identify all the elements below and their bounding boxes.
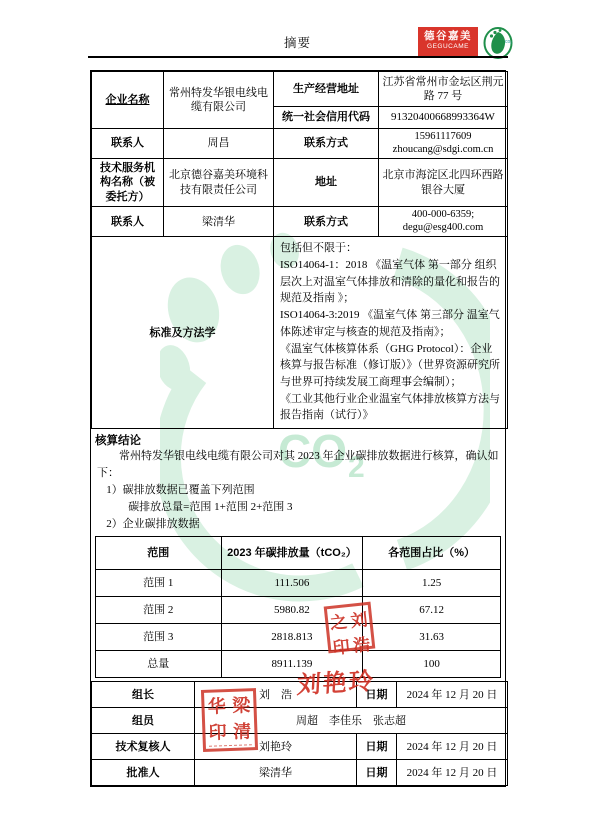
contact1-name: 周昌 <box>164 129 274 159</box>
emission-cell: 111.506 <box>221 570 363 597</box>
contact2-name: 梁清华 <box>164 207 274 237</box>
agency-address-value: 北京市海淀区北四环西路银谷大厦 <box>379 159 508 207</box>
seal-char: 华 <box>204 692 229 719</box>
conclusion-item2: 2）企业碳排放数据 <box>93 516 503 533</box>
seal-char: 印 <box>205 718 230 745</box>
address-label: 生产经营地址 <box>274 72 379 107</box>
contact1-label: 联系人 <box>92 129 164 159</box>
emissions-header-amount: 2023 年碳排放量（tCO₂） <box>221 537 363 570</box>
standards-line: ISO14064-3:2019 《温室气体 第三部分 温室气体陈述审定与核查的规… <box>280 307 501 340</box>
emission-cell: 31.63 <box>363 624 501 651</box>
contact2-email: degu@esg400.com <box>382 222 504 235</box>
emission-cell: 范围 3 <box>96 624 222 651</box>
leader-name-seal: 之 刘 印 浩 <box>324 602 376 654</box>
company-name-label: 企业名称 <box>92 72 164 129</box>
members-label: 组员 <box>92 708 195 734</box>
approver-label: 批准人 <box>92 760 195 786</box>
standards-line: ISO14064-1：2018 《温室气体 第一部分 组织层次上对温室气体排放和… <box>280 257 501 307</box>
report-summary-page: CO 2 摘要 德谷嘉美 GEGUCAME co₂ 企业名称 常州特发华银电线电… <box>0 0 595 831</box>
header-rule <box>88 56 508 58</box>
leader-date: 2024 年 12 月 20 日 <box>397 682 508 708</box>
brand-badge: 德谷嘉美 GEGUCAME <box>418 27 478 57</box>
agency-address-label: 地址 <box>274 159 379 207</box>
contact2-method-label: 联系方式 <box>274 207 379 237</box>
reviewer-label: 技术复核人 <box>92 734 195 760</box>
credit-code-label: 统一社会信用代码 <box>274 107 379 129</box>
conclusion-item1-sub: 碳排放总量=范围 1+范围 2+范围 3 <box>93 499 503 516</box>
emission-cell: 总量 <box>96 651 222 678</box>
conclusion-section: 核算结论 常州特发华银电线电缆有限公司对其 2023 年企业碳排放数据进行核算，… <box>91 429 505 682</box>
seal-char: 之 <box>327 607 350 634</box>
emissions-header-scope: 范围 <box>96 537 222 570</box>
address-value: 江苏省常州市金坛区荆元路 77 号 <box>379 72 508 107</box>
standards-text: 包括但不限于： ISO14064-1：2018 《温室气体 第一部分 组织层次上… <box>274 237 508 429</box>
approver-name-seal: 华 梁 印 清 <box>201 688 258 752</box>
agency-name-value: 北京德谷嘉美环境科技有限责任公司 <box>164 159 274 207</box>
reviewer-date: 2024 年 12 月 20 日 <box>397 734 508 760</box>
standards-line: 包括但不限于： <box>280 240 501 257</box>
reviewer-row: 技术复核人 刘艳玲 日期 2024 年 12 月 20 日 <box>92 734 508 760</box>
conclusion-heading: 核算结论 <box>93 431 503 448</box>
emission-cell: 范围 2 <box>96 597 222 624</box>
agency-name-label: 技术服务机构名称（被委托方） <box>92 159 164 207</box>
members-row: 组员 周超 李佳乐 张志超 <box>92 708 508 734</box>
svg-text:co₂: co₂ <box>505 39 512 45</box>
approver-row: 批准人 梁清华 日期 2024 年 12 月 20 日 <box>92 760 508 786</box>
contact1-phone: 15961117609 <box>382 131 504 144</box>
emissions-table: 范围 2023 年碳排放量（tCO₂） 各范围占比（%） 范围 1 111.50… <box>95 536 501 678</box>
contact1-method-label: 联系方式 <box>274 129 379 159</box>
reviewer-handwritten-signature: 刘艳玲 <box>296 661 376 700</box>
brand-name-en: GEGUCAME <box>418 43 478 51</box>
company-name-value: 常州特发华银电线电缆有限公司 <box>164 72 274 129</box>
reviewer-date-label: 日期 <box>357 734 397 760</box>
approver-date-label: 日期 <box>357 760 397 786</box>
emissions-row-scope3: 范围 3 2818.813 31.63 <box>96 624 501 651</box>
seal-char: 刘 <box>347 605 370 632</box>
contact1-email: zhoucang@sdgi.com.cn <box>382 144 504 157</box>
contact2-method-value: 400-000-6359; degu@esg400.com <box>379 207 508 237</box>
standards-line: 《温室气体核算体系（GHG Protocol）：企业核算与报告标准（修订版）》（… <box>280 341 501 391</box>
emissions-header-share: 各范围占比（%） <box>363 537 501 570</box>
emission-cell: 范围 1 <box>96 570 222 597</box>
contact1-method-value: 15961117609 zhoucang@sdgi.com.cn <box>379 129 508 159</box>
standards-line: 《工业其他行业企业温室气体排放核算方法与报告指南（试行）》 <box>280 391 501 424</box>
emission-cell: 67.12 <box>363 597 501 624</box>
leader-label: 组长 <box>92 682 195 708</box>
conclusion-item1: 1）碳排放数据已覆盖下列范围 <box>93 482 503 499</box>
contact2-label: 联系人 <box>92 207 164 237</box>
standards-label: 标准及方法学 <box>92 237 274 429</box>
emission-cell: 1.25 <box>363 570 501 597</box>
emissions-row-scope1: 范围 1 111.506 1.25 <box>96 570 501 597</box>
approver-name: 梁清华 <box>195 760 357 786</box>
seal-char: 清 <box>229 717 254 744</box>
approver-date: 2024 年 12 月 20 日 <box>397 760 508 786</box>
company-info-table: 企业名称 常州特发华银电线电缆有限公司 生产经营地址 江苏省常州市金坛区荆元路 … <box>91 71 508 429</box>
emission-cell: 100 <box>363 651 501 678</box>
seal-subtext-strip <box>209 744 252 747</box>
brand-name-cn: 德谷嘉美 <box>418 30 478 43</box>
contact2-phone: 400-000-6359; <box>382 209 504 222</box>
seal-char: 浩 <box>350 630 373 657</box>
credit-code-value: 91320400668993364W <box>379 107 508 129</box>
emissions-row-scope2: 范围 2 5980.82 67.12 <box>96 597 501 624</box>
conclusion-intro: 常州特发华银电线电缆有限公司对其 2023 年企业碳排放数据进行核算，确认如下： <box>93 448 503 482</box>
seal-char: 印 <box>330 632 353 659</box>
seal-char: 梁 <box>229 691 254 718</box>
